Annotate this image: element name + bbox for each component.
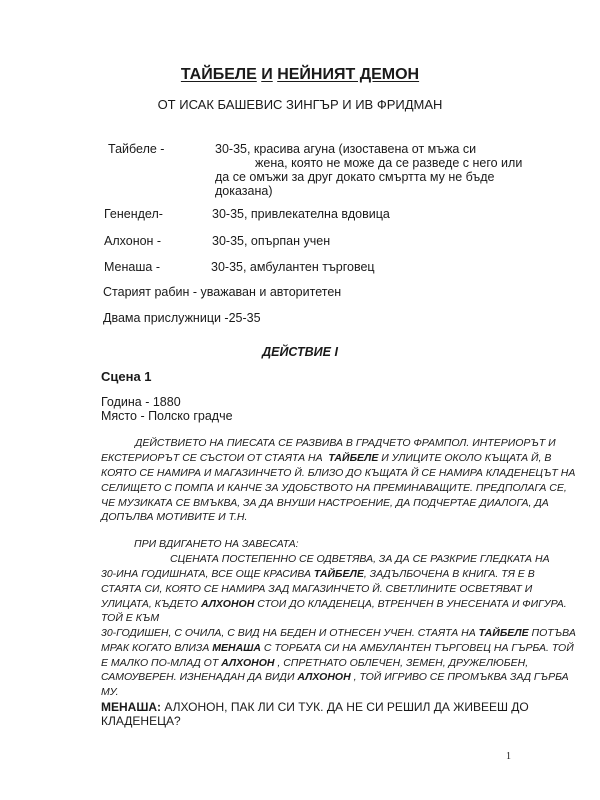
stage-direction: 30-ИНА ГОДИШНАТА, ВСЕ ОЩЕ КРАСИВА ТАЙБЕЛ… (101, 568, 535, 580)
stage-direction: МРАК КОГАТО ВЛИЗА МЕНАША С ТОРБАТА СИ НА… (101, 642, 574, 654)
cast-desc: 30-35, опърпан учен (212, 234, 330, 248)
cast-name-menasha: Менаша - (104, 260, 160, 274)
stage-direction: САМОУВЕРЕН. ИЗНЕНАДАН ДА ВИДИ АЛХОНОН , … (101, 671, 569, 683)
document-subtitle: ОТ ИСАК БАШЕВИС ЗИНГЪР И ИВ ФРИДМАН (0, 97, 600, 112)
dialog-line: МЕНАША: АЛХОНОН, ПАК ЛИ СИ ТУК. ДА НЕ СИ… (101, 700, 529, 714)
stage-direction: МУ. (101, 686, 119, 698)
stage-direction: ДОПЪЛВА МОТИВИТЕ И Т.Н. (101, 511, 247, 523)
act-heading: ДЕЙСТВИЕ I (0, 345, 600, 359)
cast-desc-line: доказана) (215, 184, 273, 198)
dialog-line: КЛАДЕНЕЦА? (101, 714, 181, 728)
cast-desc: 30-35, привлекателна вдовица (212, 207, 390, 221)
cast-name-alhonon: Алхонон - (104, 234, 161, 248)
year-line: Година - 1880 (101, 395, 181, 409)
cast-desc-line: жена, която не може да се разведе с него… (255, 156, 522, 170)
stage-direction: СЦЕНАТА ПОСТЕПЕННО СЕ ОДВЕТЯВА, ЗА ДА СЕ… (170, 553, 550, 565)
cast-desc-line: 30-35, красива агуна (изоставена от мъжа… (215, 142, 476, 156)
stage-direction: 30-ГОДИШЕН, С ОЧИЛА, С ВИД НА БЕДЕН И ОТ… (101, 627, 576, 639)
stage-direction: ЕКСТЕРИОРЪТ СЕ СЪСТОИ ОТ СТАЯТА НА ТАЙБЕ… (101, 452, 551, 464)
scene-heading: Сцена 1 (101, 369, 152, 384)
place-line: Място - Полско градче (101, 409, 233, 423)
page-number: 1 (506, 751, 511, 762)
stage-direction: КОЯТО СЕ НАМИРА И МАГАЗИНЧЕТО Й. БЛИЗО Д… (101, 467, 575, 479)
stage-direction: ТОЙ Е КЪМ (101, 612, 159, 624)
stage-direction: СТАЯТА СИ, КОЯТО СЕ НАМИРА ЗАД МАГАЗИНЧЕ… (101, 583, 532, 595)
cast-servants: Двама прислужници -25-35 (103, 311, 261, 325)
cast-name-genendel: Генендел- (104, 207, 163, 221)
cast-rabbi: Старият рабин - уважаван и авторитетен (103, 285, 341, 299)
cast-desc: 30-35, амбулантен търговец (211, 260, 375, 274)
document-title: ТАЙБЕЛЕ И НЕЙНИЯТ ДЕМОН (0, 66, 600, 84)
stage-direction: УЛИЦАТА, КЪДЕТО АЛХОНОН СТОИ ДО КЛАДЕНЕЦ… (101, 598, 567, 610)
stage-direction: Е МАЛКО ПО-МЛАД ОТ АЛХОНОН , СПРЕТНАТО О… (101, 657, 528, 669)
cast-desc-line: да се омъжи за друг докато смъртта му не… (215, 170, 494, 184)
cast-name-taibele: Тайбеле - (108, 142, 164, 156)
stage-direction: СЕЛИЩЕТО С ПОМПА И КАНЧЕ ЗА УДОБСТВОТО Н… (101, 482, 567, 494)
stage-direction: ЧЕ МУЗИКАТА СЕ ВМЪКВА, ЗА ДА ВНУШИ НАСТР… (101, 497, 549, 509)
dialog-speaker: МЕНАША: (101, 700, 161, 714)
stage-direction: ДЕЙСТВИЕТО НА ПИЕСАТА СЕ РАЗВИВА В ГРАДЧ… (135, 437, 556, 449)
curtain-line: ПРИ ВДИГАНЕТО НА ЗАВЕСАТА: (134, 538, 299, 550)
